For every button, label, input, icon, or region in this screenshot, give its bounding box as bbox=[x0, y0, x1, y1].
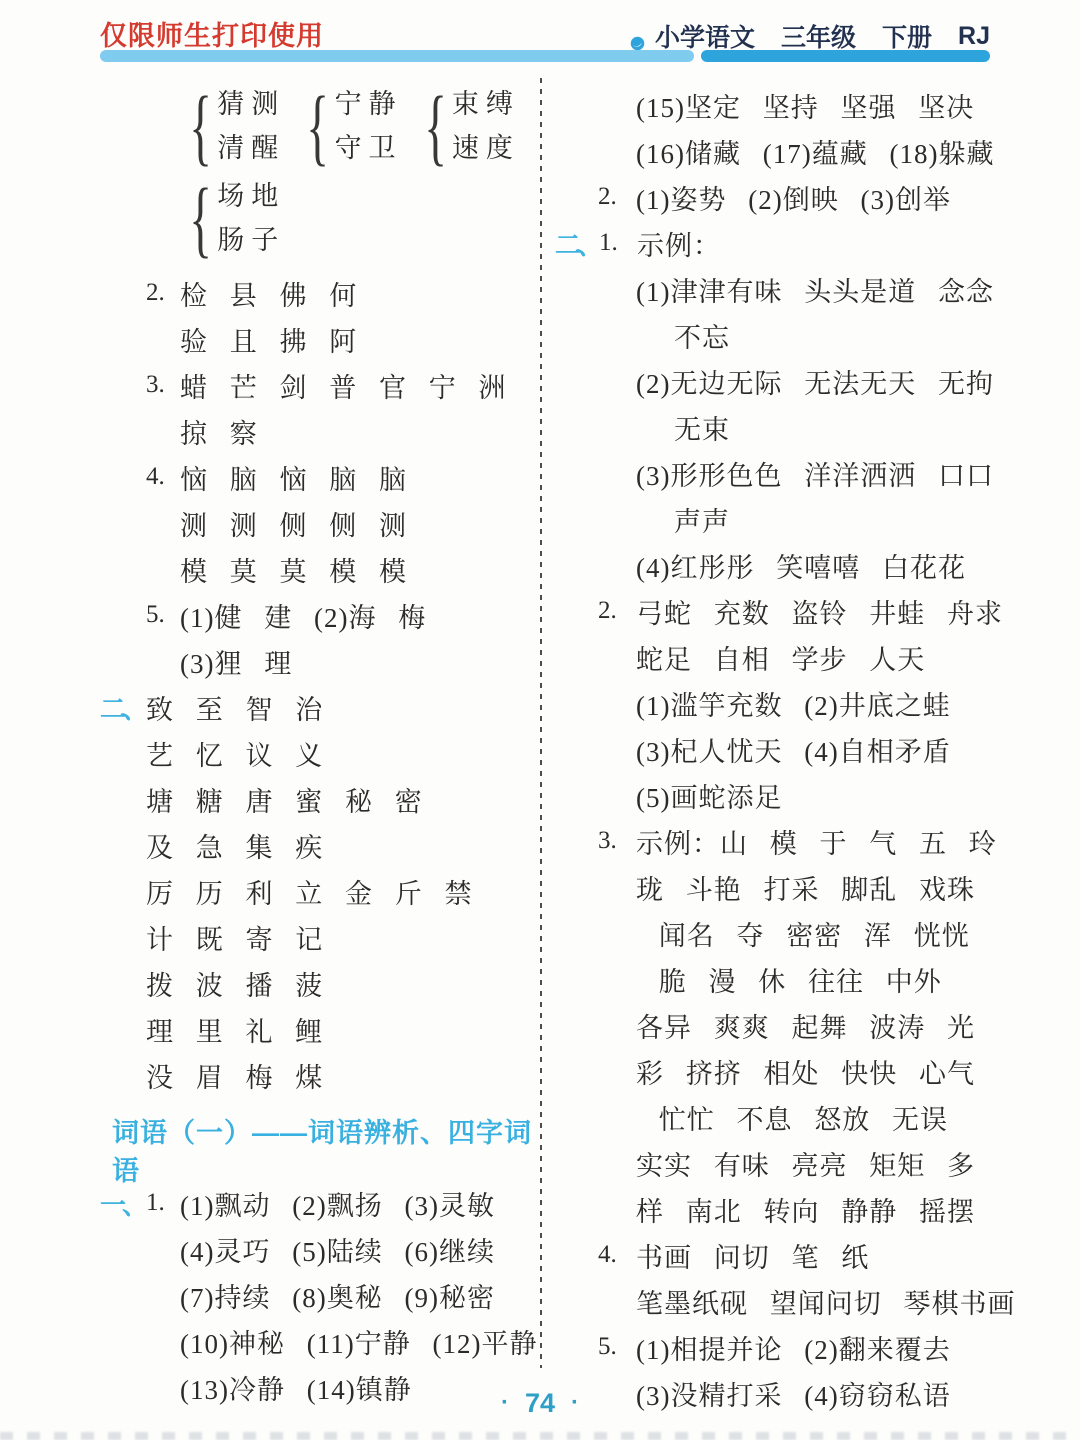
brace-word-top: 宁静 bbox=[335, 82, 403, 126]
answer-text: (1)相提并论 (2)翻来覆去 bbox=[636, 1328, 951, 1367]
book-edition: RJ bbox=[958, 22, 990, 51]
brace-words: 场地肠子 bbox=[217, 174, 285, 262]
brace-word-bottom: 速度 bbox=[452, 126, 520, 170]
answer-text: 不忘 bbox=[674, 316, 730, 355]
answer-line: 厉 历 利 立 金 斤 禁 bbox=[100, 868, 548, 914]
answer-text: (3)形形色色 洋洋洒洒 口口 bbox=[636, 454, 994, 493]
brace-word-top: 猜测 bbox=[217, 82, 285, 126]
answer-line: 5.(1)健 建 (2)海 梅 bbox=[100, 592, 548, 638]
answer-line: 样 南北 转向 静静 摇摆 bbox=[555, 1186, 1015, 1232]
answer-text: 珑 斗艳 打采 脚乱 戏珠 bbox=[636, 868, 975, 907]
answer-text: (1)姿势 (2)倒映 (3)创举 bbox=[636, 178, 951, 217]
answer-text: (1)健 建 (2)海 梅 bbox=[180, 596, 426, 635]
header-rule-light-segment bbox=[100, 50, 694, 62]
answer-text: (3)狸 理 bbox=[180, 642, 292, 681]
answer-text: (16)储藏 (17)蕴藏 (18)躲藏 bbox=[636, 132, 994, 171]
answer-line: 脆 漫 休 往往 中外 bbox=[555, 956, 1015, 1002]
answer-text: (1)津津有味 头头是道 念念 bbox=[636, 270, 994, 309]
brace-row: {猜测清醒{宁静守卫{束缚速度 bbox=[180, 80, 548, 172]
section-heading: 词语（一）——词语辨析、四字词语 bbox=[112, 1114, 548, 1152]
answer-text: (4)灵巧 (5)陆续 (6)继续 bbox=[180, 1230, 495, 1269]
brace-group: {场地肠子 bbox=[180, 174, 285, 262]
book-title: 小学语文 bbox=[655, 18, 755, 54]
book-info-header: 小学语文 三年级 下册 RJ bbox=[630, 18, 990, 54]
answer-line: (4)红彤彤 笑嘻嘻 白花花 bbox=[555, 542, 1015, 588]
page-footer: ·74· bbox=[0, 1388, 1080, 1419]
answer-line: 一、1.(1)飘动 (2)飘扬 (3)灵敏 bbox=[100, 1180, 548, 1226]
answer-text: 模 莫 莫 模 模 bbox=[180, 550, 407, 589]
answer-line: (4)灵巧 (5)陆续 (6)继续 bbox=[100, 1226, 548, 1272]
answer-line: 忙忙 不息 怒放 无误 bbox=[555, 1094, 1015, 1140]
answer-text: 掠 察 bbox=[180, 412, 258, 451]
answer-text: 示例：山 模 于 气 五 玲 bbox=[636, 822, 997, 861]
answer-text: 及 急 集 疾 bbox=[146, 826, 323, 865]
answer-text: 验 且 拂 阿 bbox=[180, 320, 357, 359]
left-brace-icon: { bbox=[307, 83, 330, 169]
list-marker: 二、 bbox=[100, 689, 146, 726]
answer-line: 声声 bbox=[555, 496, 1015, 542]
footer-left-dot: · bbox=[501, 1389, 509, 1416]
answer-text: (10)神秘 (11)宁静 (12)平静 bbox=[180, 1322, 537, 1361]
answers-block-2: 一、1.(1)飘动 (2)飘扬 (3)灵敏(4)灵巧 (5)陆续 (6)继续(7… bbox=[100, 1180, 548, 1410]
answer-text: 恼 脑 恼 脑 脑 bbox=[180, 458, 407, 497]
answer-line: 塘 糖 唐 蜜 秘 密 bbox=[100, 776, 548, 822]
publisher-logo-icon bbox=[630, 29, 645, 44]
answer-text: 理 里 礼 鲤 bbox=[146, 1010, 323, 1049]
item-number: 1. bbox=[599, 229, 637, 257]
answer-line: (7)持续 (8)奥秘 (9)秘密 bbox=[100, 1272, 548, 1318]
answer-line: 二、致 至 智 治 bbox=[100, 684, 548, 730]
answer-line: 蛇足 自相 学步 人天 bbox=[555, 634, 1015, 680]
item-number: 2. bbox=[598, 597, 636, 625]
bottom-cutoff-artifact bbox=[0, 1432, 1080, 1440]
answer-line: 理 里 礼 鲤 bbox=[100, 1006, 548, 1052]
answer-line: 拨 波 播 菠 bbox=[100, 960, 548, 1006]
answer-text: (5)画蛇添足 bbox=[636, 776, 782, 815]
item-number: 2. bbox=[146, 279, 180, 307]
answer-text: (3)杞人忧天 (4)自相矛盾 bbox=[636, 730, 951, 769]
answer-line: 艺 忆 议 义 bbox=[100, 730, 548, 776]
left-column: {猜测清醒{宁静守卫{束缚速度{场地肠子 2.检 县 佛 何验 且 拂 阿3.蜡… bbox=[100, 80, 548, 1410]
answer-text: 没 眉 梅 煤 bbox=[146, 1056, 323, 1095]
answer-line: 验 且 拂 阿 bbox=[100, 316, 548, 362]
answer-line: 二、1.示例： bbox=[555, 220, 1015, 266]
brace-words: 束缚速度 bbox=[452, 82, 520, 170]
answer-line: (1)津津有味 头头是道 念念 bbox=[555, 266, 1015, 312]
answer-text: 示例： bbox=[637, 224, 721, 263]
answer-text: 声声 bbox=[674, 500, 730, 539]
answer-line: (16)储藏 (17)蕴藏 (18)躲藏 bbox=[555, 128, 1015, 174]
left-brace-icon: { bbox=[189, 83, 212, 169]
answer-line: 计 既 寄 记 bbox=[100, 914, 548, 960]
answer-text: 致 至 智 治 bbox=[146, 688, 323, 727]
footer-right-dot: · bbox=[571, 1389, 579, 1416]
brace-word-top: 束缚 bbox=[452, 82, 520, 126]
answer-text: 忙忙 不息 怒放 无误 bbox=[659, 1098, 948, 1137]
item-number: 4. bbox=[146, 463, 180, 491]
answer-line: 实实 有味 亮亮 矩矩 多 bbox=[555, 1140, 1015, 1186]
answer-text: 笔墨纸砚 望闻问切 琴棋书画 bbox=[636, 1282, 1016, 1321]
answer-line: 4.恼 脑 恼 脑 脑 bbox=[100, 454, 548, 500]
answer-text: 实实 有味 亮亮 矩矩 多 bbox=[636, 1144, 975, 1183]
answer-text: 样 南北 转向 静静 摇摆 bbox=[636, 1190, 975, 1229]
answer-line: 彩 挤挤 相处 快快 心气 bbox=[555, 1048, 1015, 1094]
answer-line: 3.蜡 芒 剑 普 官 宁 洲 bbox=[100, 362, 548, 408]
item-number: 2. bbox=[598, 183, 636, 211]
list-marker: 二、 bbox=[555, 225, 599, 262]
answer-line: 模 莫 莫 模 模 bbox=[100, 546, 548, 592]
answer-line: 2.(1)姿势 (2)倒映 (3)创举 bbox=[555, 174, 1015, 220]
right-column: (15)坚定 坚持 坚强 坚决(16)储藏 (17)蕴藏 (18)躲藏2.(1)… bbox=[555, 82, 1015, 1416]
brace-word-bottom: 守卫 bbox=[335, 126, 403, 170]
brace-row: {场地肠子 bbox=[180, 172, 548, 264]
answer-text: 蛇足 自相 学步 人天 bbox=[636, 638, 925, 677]
list-marker: 一、 bbox=[100, 1185, 146, 1222]
item-number: 3. bbox=[146, 371, 180, 399]
answer-text: (7)持续 (8)奥秘 (9)秘密 bbox=[180, 1276, 495, 1315]
brace-word-bottom: 清醒 bbox=[217, 126, 285, 170]
page-number: 74 bbox=[525, 1388, 555, 1418]
answer-text: 测 测 侧 侧 测 bbox=[180, 504, 407, 543]
answer-line: (3)狸 理 bbox=[100, 638, 548, 684]
answer-text: 彩 挤挤 相处 快快 心气 bbox=[636, 1052, 975, 1091]
answer-line: 各异 爽爽 起舞 波涛 光 bbox=[555, 1002, 1015, 1048]
left-brace-icon: { bbox=[424, 83, 447, 169]
answer-text: (1)飘动 (2)飘扬 (3)灵敏 bbox=[180, 1184, 495, 1223]
book-volume: 下册 bbox=[882, 18, 932, 54]
brace-words: 猜测清醒 bbox=[217, 82, 285, 170]
answer-text: 厉 历 利 立 金 斤 禁 bbox=[146, 872, 473, 911]
brace-words: 宁静守卫 bbox=[335, 82, 403, 170]
brace-group: {束缚速度 bbox=[415, 82, 520, 170]
answer-text: (4)红彤彤 笑嘻嘻 白花花 bbox=[636, 546, 966, 585]
answer-text: 检 县 佛 何 bbox=[180, 274, 357, 313]
brace-word-bottom: 肠子 bbox=[217, 218, 285, 262]
answer-line: 4.书画 问切 笔 纸 bbox=[555, 1232, 1015, 1278]
item-number: 1. bbox=[146, 1189, 180, 1217]
answer-line: (3)杞人忧天 (4)自相矛盾 bbox=[555, 726, 1015, 772]
answers-block-3: (15)坚定 坚持 坚强 坚决(16)储藏 (17)蕴藏 (18)躲藏2.(1)… bbox=[555, 82, 1015, 1416]
answer-line: 笔墨纸砚 望闻问切 琴棋书画 bbox=[555, 1278, 1015, 1324]
answer-line: 不忘 bbox=[555, 312, 1015, 358]
workbook-answer-page: 仅限师生打印使用 小学语文 三年级 下册 RJ {猜测清醒{宁静守卫{束缚速度{… bbox=[0, 0, 1080, 1440]
answer-line: 无束 bbox=[555, 404, 1015, 450]
answer-line: 5.(1)相提并论 (2)翻来覆去 bbox=[555, 1324, 1015, 1370]
answer-text: 脆 漫 休 往往 中外 bbox=[659, 960, 942, 999]
answer-text: 塘 糖 唐 蜜 秘 密 bbox=[146, 780, 423, 819]
answer-line: 掠 察 bbox=[100, 408, 548, 454]
answer-line: 没 眉 梅 煤 bbox=[100, 1052, 548, 1098]
answer-line: 及 急 集 疾 bbox=[100, 822, 548, 868]
brace-word-top: 场地 bbox=[217, 174, 285, 218]
answer-line: (2)无边无际 无法无天 无拘 bbox=[555, 358, 1015, 404]
answer-text: 各异 爽爽 起舞 波涛 光 bbox=[636, 1006, 975, 1045]
answer-line: 2.弓蛇 充数 盗铃 井蛙 舟求 bbox=[555, 588, 1015, 634]
pinyin-brace-groups: {猜测清醒{宁静守卫{束缚速度{场地肠子 bbox=[100, 80, 548, 264]
answer-line: 珑 斗艳 打采 脚乱 戏珠 bbox=[555, 864, 1015, 910]
answer-text: 闻名 夺 密密 浑 恍恍 bbox=[659, 914, 970, 953]
answer-text: 书画 问切 笔 纸 bbox=[636, 1236, 869, 1275]
answer-line: 测 测 侧 侧 测 bbox=[100, 500, 548, 546]
answer-line: 3.示例：山 模 于 气 五 玲 bbox=[555, 818, 1015, 864]
item-number: 3. bbox=[598, 827, 636, 855]
left-brace-icon: { bbox=[189, 175, 212, 261]
answer-line: (5)画蛇添足 bbox=[555, 772, 1015, 818]
print-restriction-notice: 仅限师生打印使用 bbox=[100, 14, 324, 53]
answer-line: (1)滥竽充数 (2)井底之蛙 bbox=[555, 680, 1015, 726]
header-rule-dark-segment bbox=[701, 50, 990, 62]
book-grade: 三年级 bbox=[781, 18, 856, 54]
answer-line: 闻名 夺 密密 浑 恍恍 bbox=[555, 910, 1015, 956]
answer-text: (15)坚定 坚持 坚强 坚决 bbox=[636, 86, 974, 125]
item-number: 4. bbox=[598, 1241, 636, 1269]
answer-line: 2.检 县 佛 何 bbox=[100, 270, 548, 316]
answer-text: 计 既 寄 记 bbox=[146, 918, 323, 957]
answers-block-1: 2.检 县 佛 何验 且 拂 阿3.蜡 芒 剑 普 官 宁 洲掠 察4.恼 脑 … bbox=[100, 270, 548, 1098]
answer-line: (3)形形色色 洋洋洒洒 口口 bbox=[555, 450, 1015, 496]
item-number: 5. bbox=[598, 1333, 636, 1361]
answer-line: (10)神秘 (11)宁静 (12)平静 bbox=[100, 1318, 548, 1364]
answer-text: (2)无边无际 无法无天 无拘 bbox=[636, 362, 994, 401]
answer-text: 拨 波 播 菠 bbox=[146, 964, 323, 1003]
answer-line: (15)坚定 坚持 坚强 坚决 bbox=[555, 82, 1015, 128]
brace-group: {宁静守卫 bbox=[297, 82, 402, 170]
answer-text: (1)滥竽充数 (2)井底之蛙 bbox=[636, 684, 951, 723]
brace-group: {猜测清醒 bbox=[180, 82, 285, 170]
answer-text: 蜡 芒 剑 普 官 宁 洲 bbox=[180, 366, 507, 405]
answer-text: 艺 忆 议 义 bbox=[146, 734, 323, 773]
answer-text: 无束 bbox=[674, 408, 730, 447]
item-number: 5. bbox=[146, 601, 180, 629]
answer-text: 弓蛇 充数 盗铃 井蛙 舟求 bbox=[636, 592, 1003, 631]
